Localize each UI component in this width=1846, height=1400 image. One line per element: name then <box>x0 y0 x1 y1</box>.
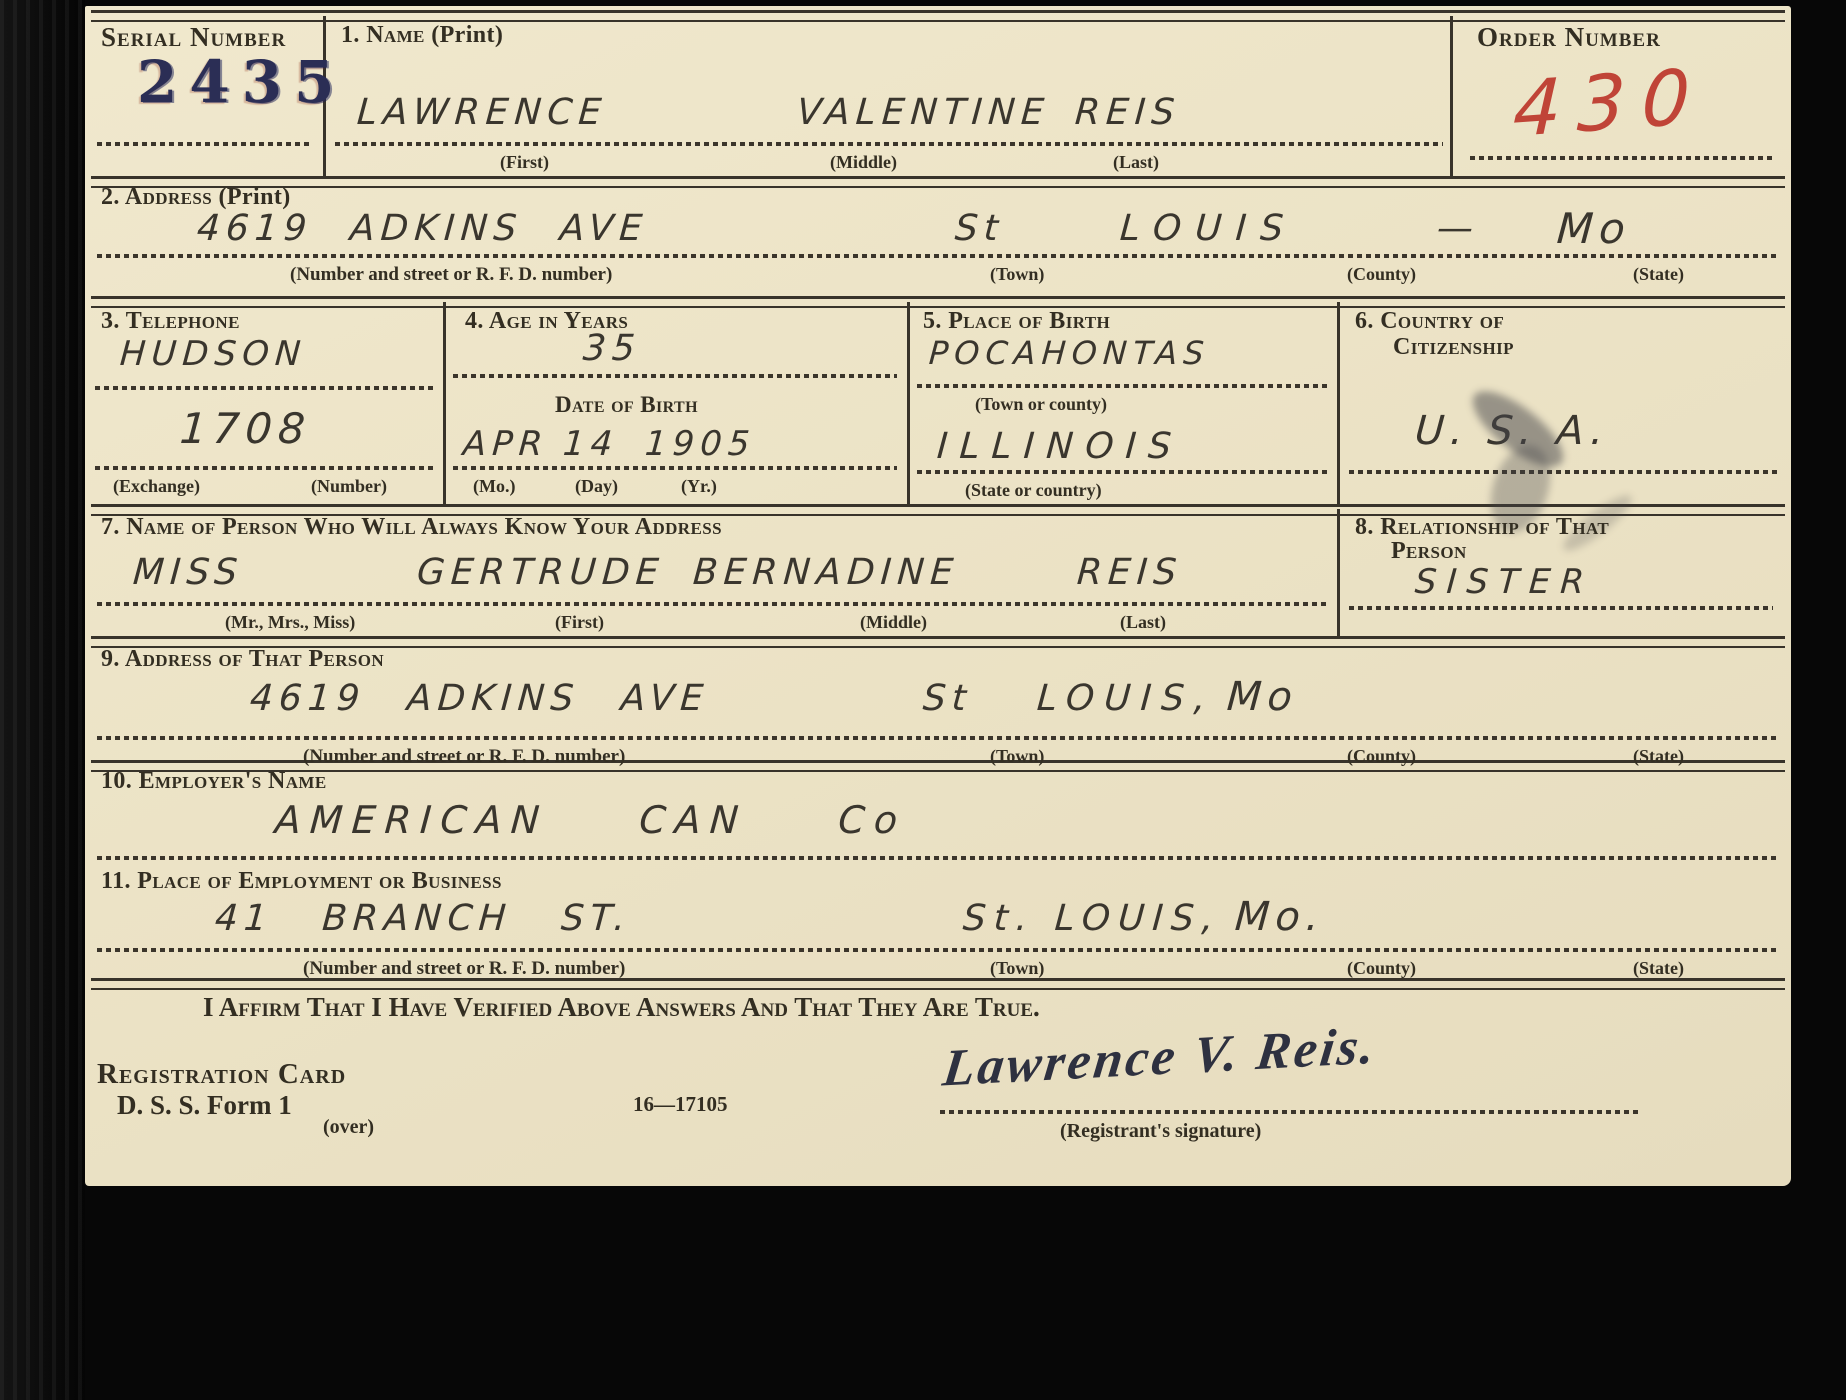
dotted-line-signature <box>940 1110 1640 1114</box>
birth-state-value: ILLINOIS <box>936 426 1185 467</box>
order-number-value: 430 <box>1512 51 1708 154</box>
dotted-line-relationship <box>1349 606 1773 610</box>
age-value: 35 <box>582 328 643 369</box>
over-label: (over) <box>323 1116 374 1139</box>
telephone-exchange-value: HUDSON <box>119 334 308 374</box>
divider-name-order <box>1450 16 1453 176</box>
contact-sub-title: (Mr., Mrs., Miss) <box>225 612 355 633</box>
registration-card-title: Registration Card <box>97 1058 346 1091</box>
birth-sub-state: (State or country) <box>965 480 1102 501</box>
dotted-line-serial <box>97 142 313 146</box>
rule-row1 <box>91 176 1785 188</box>
date-of-birth-label: Date of Birth <box>555 392 698 418</box>
order-number-label: Order Number <box>1477 22 1661 53</box>
address-town-value: St <box>954 208 1006 249</box>
signature-sublabel: (Registrant's signature) <box>1060 1120 1261 1143</box>
dotted-line-employer <box>97 856 1777 860</box>
name-sub-first: (First) <box>500 152 549 173</box>
employer-label: 10. Employer's Name <box>101 768 327 795</box>
address-dash-value: — <box>1436 208 1481 249</box>
name-middle-value: VALENTINE <box>796 92 1052 133</box>
employment-sub-street: (Number and street or R. F. D. number) <box>303 958 625 980</box>
contact-label: 7. Name of Person Who Will Always Know Y… <box>101 514 722 541</box>
employment-town-value: St. LOUIS, <box>962 898 1223 939</box>
divider-contact-relationship <box>1337 509 1340 637</box>
name-label: 1. Name (Print) <box>341 22 503 49</box>
dotted-line-contact-address <box>97 736 1777 740</box>
rule-top <box>91 10 1785 22</box>
citizenship-label-line1: 6. Country of <box>1355 308 1504 335</box>
telephone-sub-number: (Number) <box>311 476 387 497</box>
contact-first-value: GERTRUDE <box>416 552 666 593</box>
dss-form-label: D. S. S. Form 1 <box>117 1090 292 1121</box>
relationship-label-line2: Person <box>1391 538 1467 565</box>
dotted-line-citizenship <box>1349 470 1777 474</box>
name-sub-middle: (Middle) <box>830 152 897 173</box>
divider-age-birth <box>907 302 910 506</box>
rule-row2 <box>91 296 1785 308</box>
employment-label: 11. Place of Employment or Business <box>101 868 502 895</box>
telephone-number-value: 1708 <box>178 404 312 453</box>
birth-sub-town: (Town or county) <box>975 394 1107 415</box>
address-sub-state: (State) <box>1633 264 1684 285</box>
contact-address-sub-county: (County) <box>1347 746 1416 767</box>
employer-value: AMERICAN CAN Co <box>273 798 907 842</box>
name-first-value: LAWRENCE <box>356 92 609 133</box>
dob-day-value: 14 <box>562 424 620 464</box>
registration-card: Serial Number 2435 1. Name (Print) LAWRE… <box>85 6 1791 1186</box>
divider-birth-citizenship <box>1337 302 1340 506</box>
dotted-line-tel-1 <box>95 386 433 390</box>
employment-street-value: 41 BRANCH ST. <box>214 898 633 939</box>
dotted-line-name <box>335 142 1443 146</box>
dotted-line-order <box>1470 156 1773 160</box>
contact-address-label: 9. Address of That Person <box>101 646 384 673</box>
dotted-line-tel-2 <box>95 466 433 470</box>
registrant-signature-value: Lawrence V. Reis. <box>940 1016 1381 1098</box>
address-street-value: 4619 ADKINS AVE <box>196 208 650 249</box>
address-label: 2. Address (Print) <box>101 184 291 211</box>
contact-address-town-value: St <box>922 678 974 719</box>
dotted-line-address <box>97 254 1777 258</box>
contact-title-value: MISS <box>132 552 245 593</box>
dob-year-value: 1905 <box>644 424 757 464</box>
address-county-value: LOUIS <box>1119 208 1299 249</box>
contact-address-sub-state: (State) <box>1633 746 1684 767</box>
address-sub-county: (County) <box>1347 264 1416 285</box>
relationship-label-line1: 8. Relationship of That <box>1355 514 1609 541</box>
contact-address-state-value: Mo <box>1225 674 1299 720</box>
contact-sub-middle: (Middle) <box>860 612 927 633</box>
telephone-sub-exchange: (Exchange) <box>113 476 200 497</box>
divider-tel-age <box>443 302 446 506</box>
form-print-code: 16—17105 <box>633 1092 728 1117</box>
dob-month-value: APR <box>462 424 550 464</box>
name-last-value: REIS <box>1074 92 1182 133</box>
address-sub-street: (Number and street or R. F. D. number) <box>290 264 612 286</box>
scan-left-band <box>0 0 85 1400</box>
contact-middle-value: BERNADINE <box>692 552 961 593</box>
scanned-draft-card-page: Serial Number 2435 1. Name (Print) LAWRE… <box>0 0 1846 1400</box>
dob-sub-day: (Day) <box>575 476 618 497</box>
employment-sub-state: (State) <box>1633 958 1684 979</box>
citizenship-label-line2: Citizenship <box>1393 334 1514 361</box>
employment-sub-county: (County) <box>1347 958 1416 979</box>
contact-address-sub-town: (Town) <box>990 746 1044 767</box>
contact-sub-first: (First) <box>555 612 604 633</box>
relationship-value: SISTER <box>1414 562 1596 602</box>
affirmation-text: I Affirm That I Have Verified Above Answ… <box>203 992 1040 1023</box>
name-sub-last: (Last) <box>1113 152 1159 173</box>
dotted-line-contact <box>97 602 1329 606</box>
contact-address-street-value: 4619 ADKINS AVE <box>249 678 711 719</box>
employment-state-value: Mo. <box>1233 894 1326 940</box>
contact-last-value: REIS <box>1076 552 1184 593</box>
dotted-line-birth-1 <box>917 384 1329 388</box>
dotted-line-birth-2 <box>917 470 1329 474</box>
telephone-label: 3. Telephone <box>101 308 240 335</box>
address-state-value: Mo <box>1555 204 1632 253</box>
dotted-line-age <box>453 374 897 378</box>
address-sub-town: (Town) <box>990 264 1044 285</box>
serial-number-value: 2435 <box>137 48 346 116</box>
dob-sub-month: (Mo.) <box>473 476 515 497</box>
dotted-line-employment <box>97 948 1777 952</box>
dob-sub-year: (Yr.) <box>681 476 717 497</box>
contact-address-sub-street: (Number and street or R. F. D. number) <box>303 746 625 768</box>
dotted-line-dob <box>453 466 897 470</box>
birth-town-value: POCAHONTAS <box>928 334 1211 372</box>
contact-address-county-value: LOUIS, <box>1036 678 1217 719</box>
contact-sub-last: (Last) <box>1120 612 1166 633</box>
place-of-birth-label: 5. Place of Birth <box>923 308 1110 335</box>
employment-sub-town: (Town) <box>990 958 1044 979</box>
